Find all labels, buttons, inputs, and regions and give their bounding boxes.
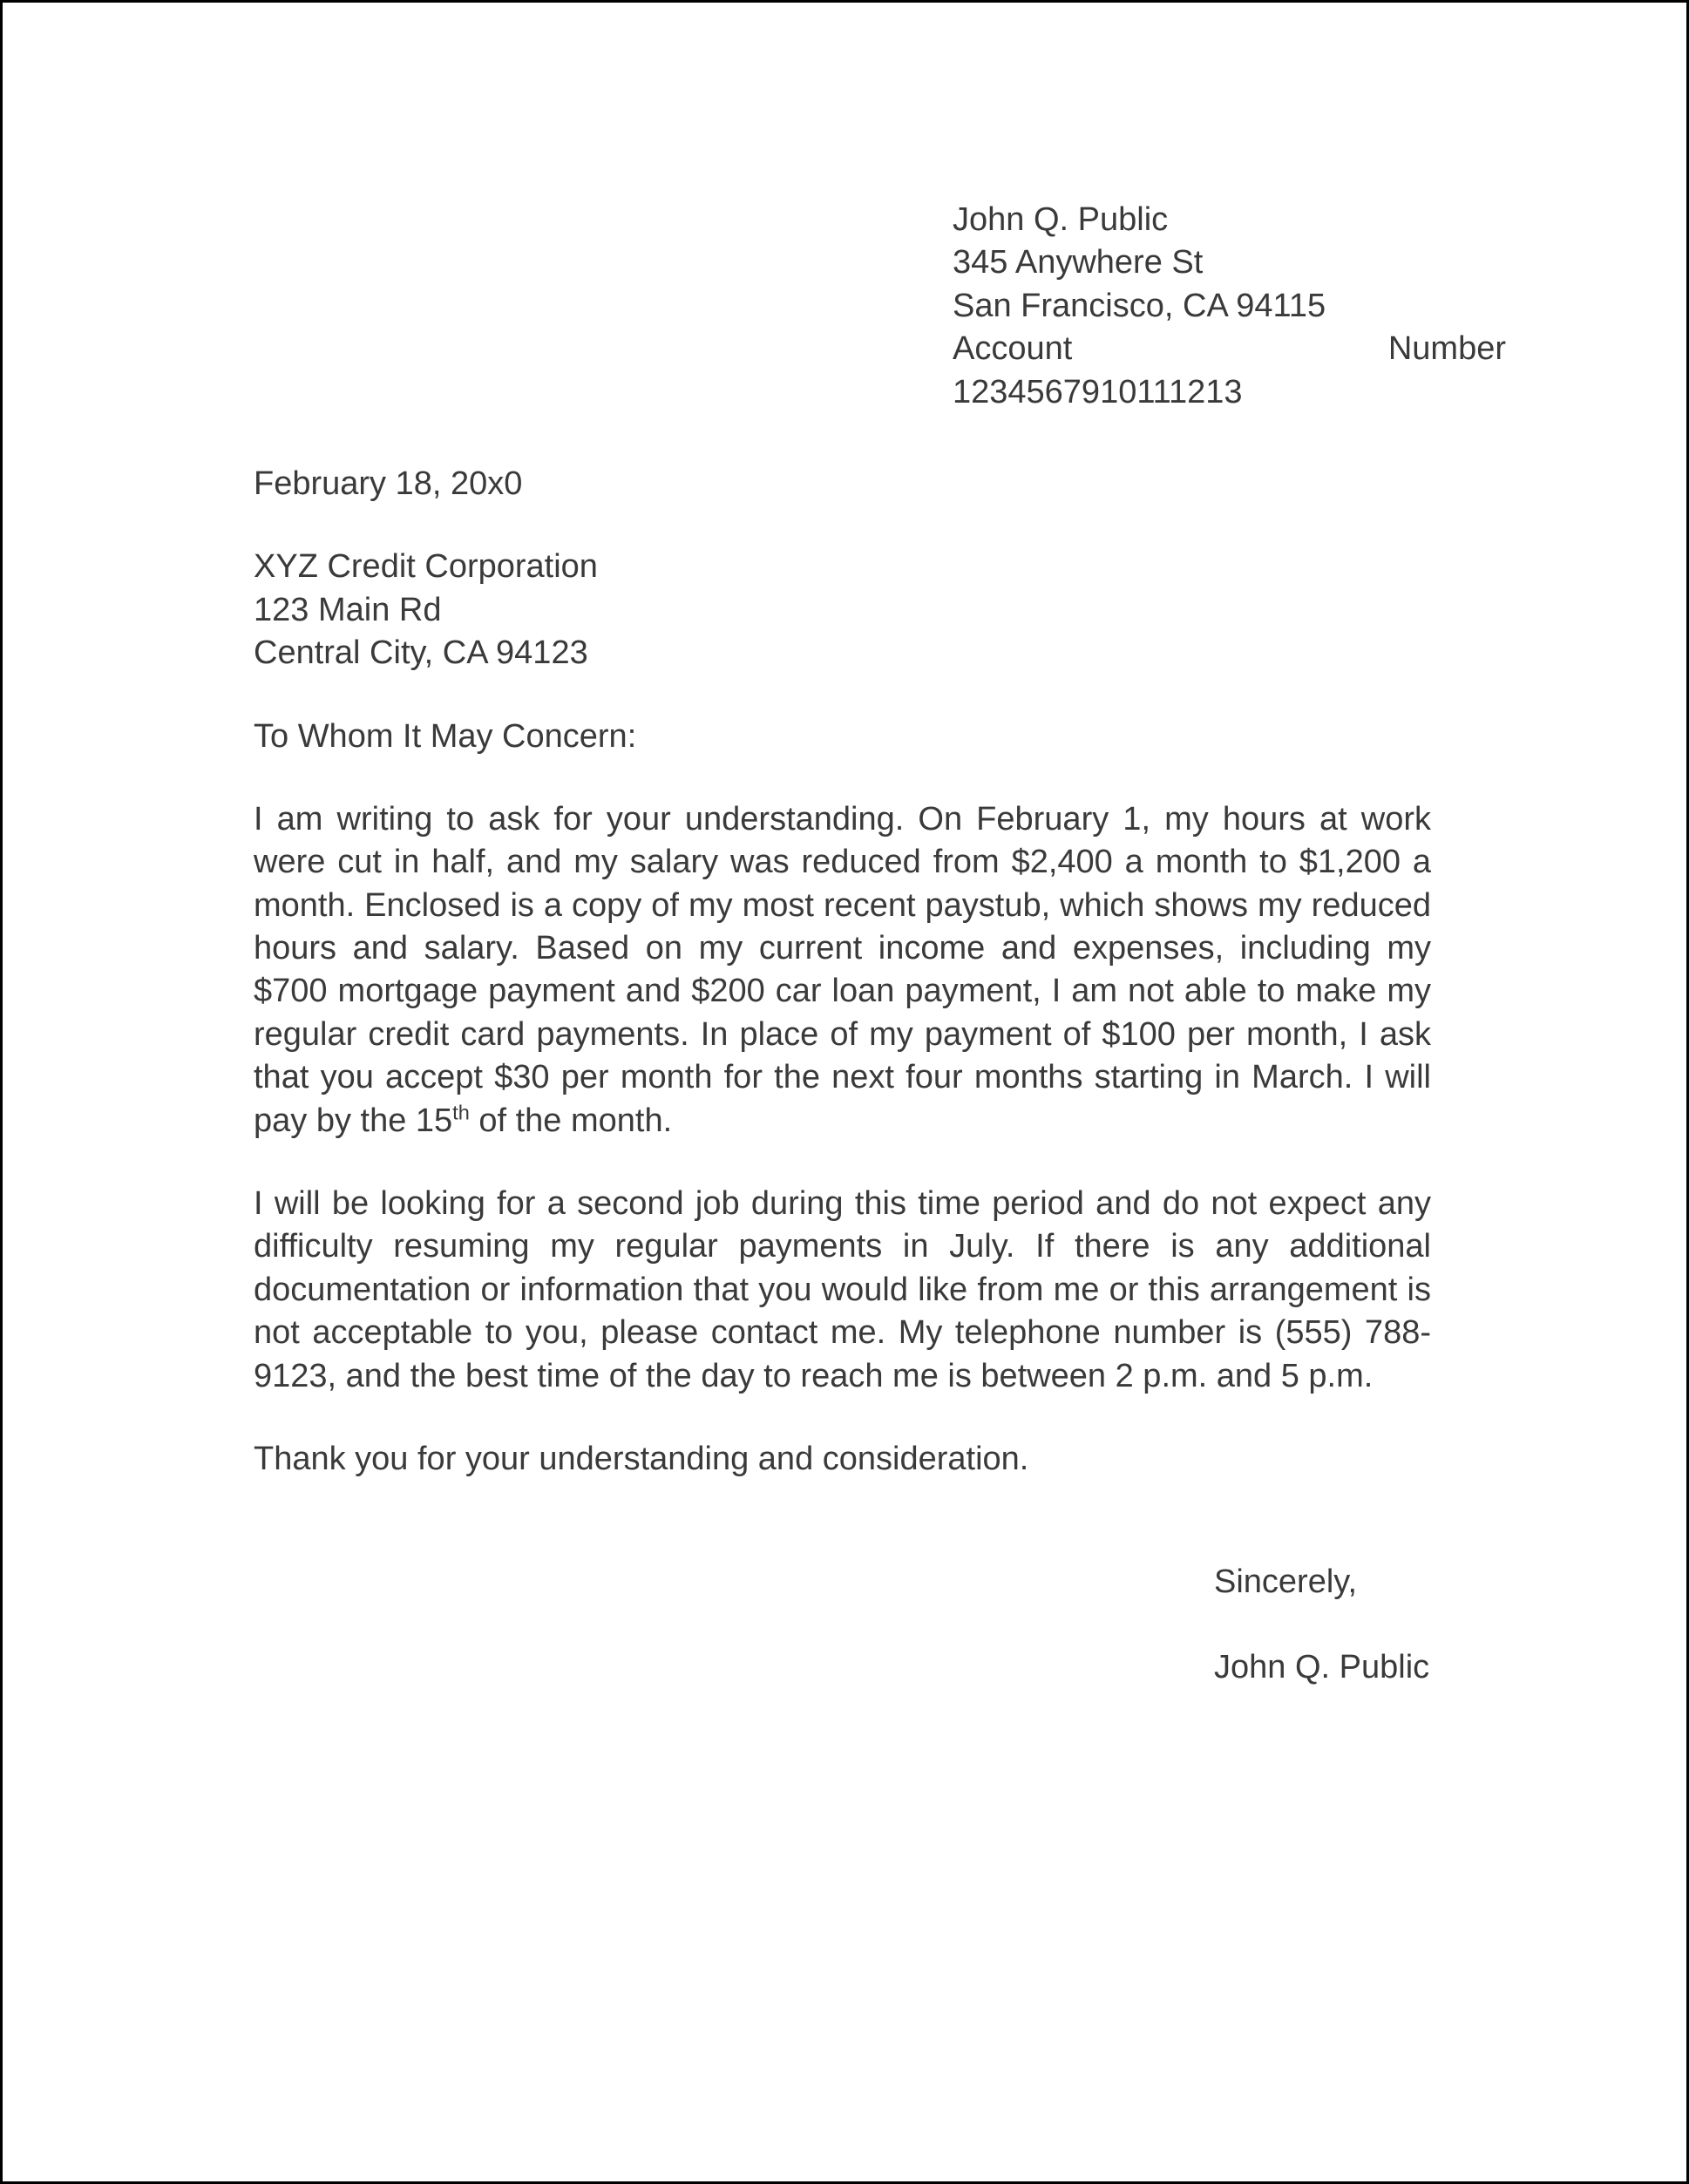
body-paragraph-3: Thank you for your understanding and con…	[254, 1438, 1431, 1481]
salutation: To Whom It May Concern:	[254, 716, 1431, 758]
letter-page: John Q. Public 345 Anywhere St San Franc…	[0, 0, 1689, 2184]
p1-text-after-superscript: of the month.	[470, 1102, 672, 1139]
closing-block: Sincerely, John Q. Public	[1214, 1561, 1431, 1689]
sender-street: 345 Anywhere St	[953, 241, 1506, 284]
letter-body-column: February 18, 20x0 XYZ Credit Corporation…	[3, 463, 1686, 1689]
account-number-value: 1234567910111213	[953, 371, 1506, 414]
recipient-city: Central City, CA 94123	[254, 632, 1431, 675]
recipient-address-block: XYZ Credit Corporation 123 Main Rd Centr…	[254, 546, 1431, 675]
body-paragraph-2: I will be looking for a second job durin…	[254, 1183, 1431, 1398]
account-number-label-row: AccountNumber	[953, 328, 1506, 370]
sender-name: John Q. Public	[953, 199, 1506, 241]
letter-date: February 18, 20x0	[254, 463, 1431, 505]
account-label: Account	[953, 328, 1072, 370]
signature-name: John Q. Public	[1214, 1646, 1431, 1689]
ordinal-superscript: th	[452, 1101, 470, 1123]
recipient-company: XYZ Credit Corporation	[254, 546, 1431, 588]
recipient-street: 123 Main Rd	[254, 589, 1431, 632]
number-label: Number	[1388, 328, 1506, 370]
sender-city: San Francisco, CA 94115	[953, 285, 1506, 328]
body-paragraph-1: I am writing to ask for your understandi…	[254, 798, 1431, 1143]
valediction: Sincerely,	[1214, 1561, 1431, 1604]
sender-address-block: John Q. Public 345 Anywhere St San Franc…	[953, 199, 1506, 414]
p1-text-before-superscript: I am writing to ask for your understandi…	[254, 801, 1431, 1139]
